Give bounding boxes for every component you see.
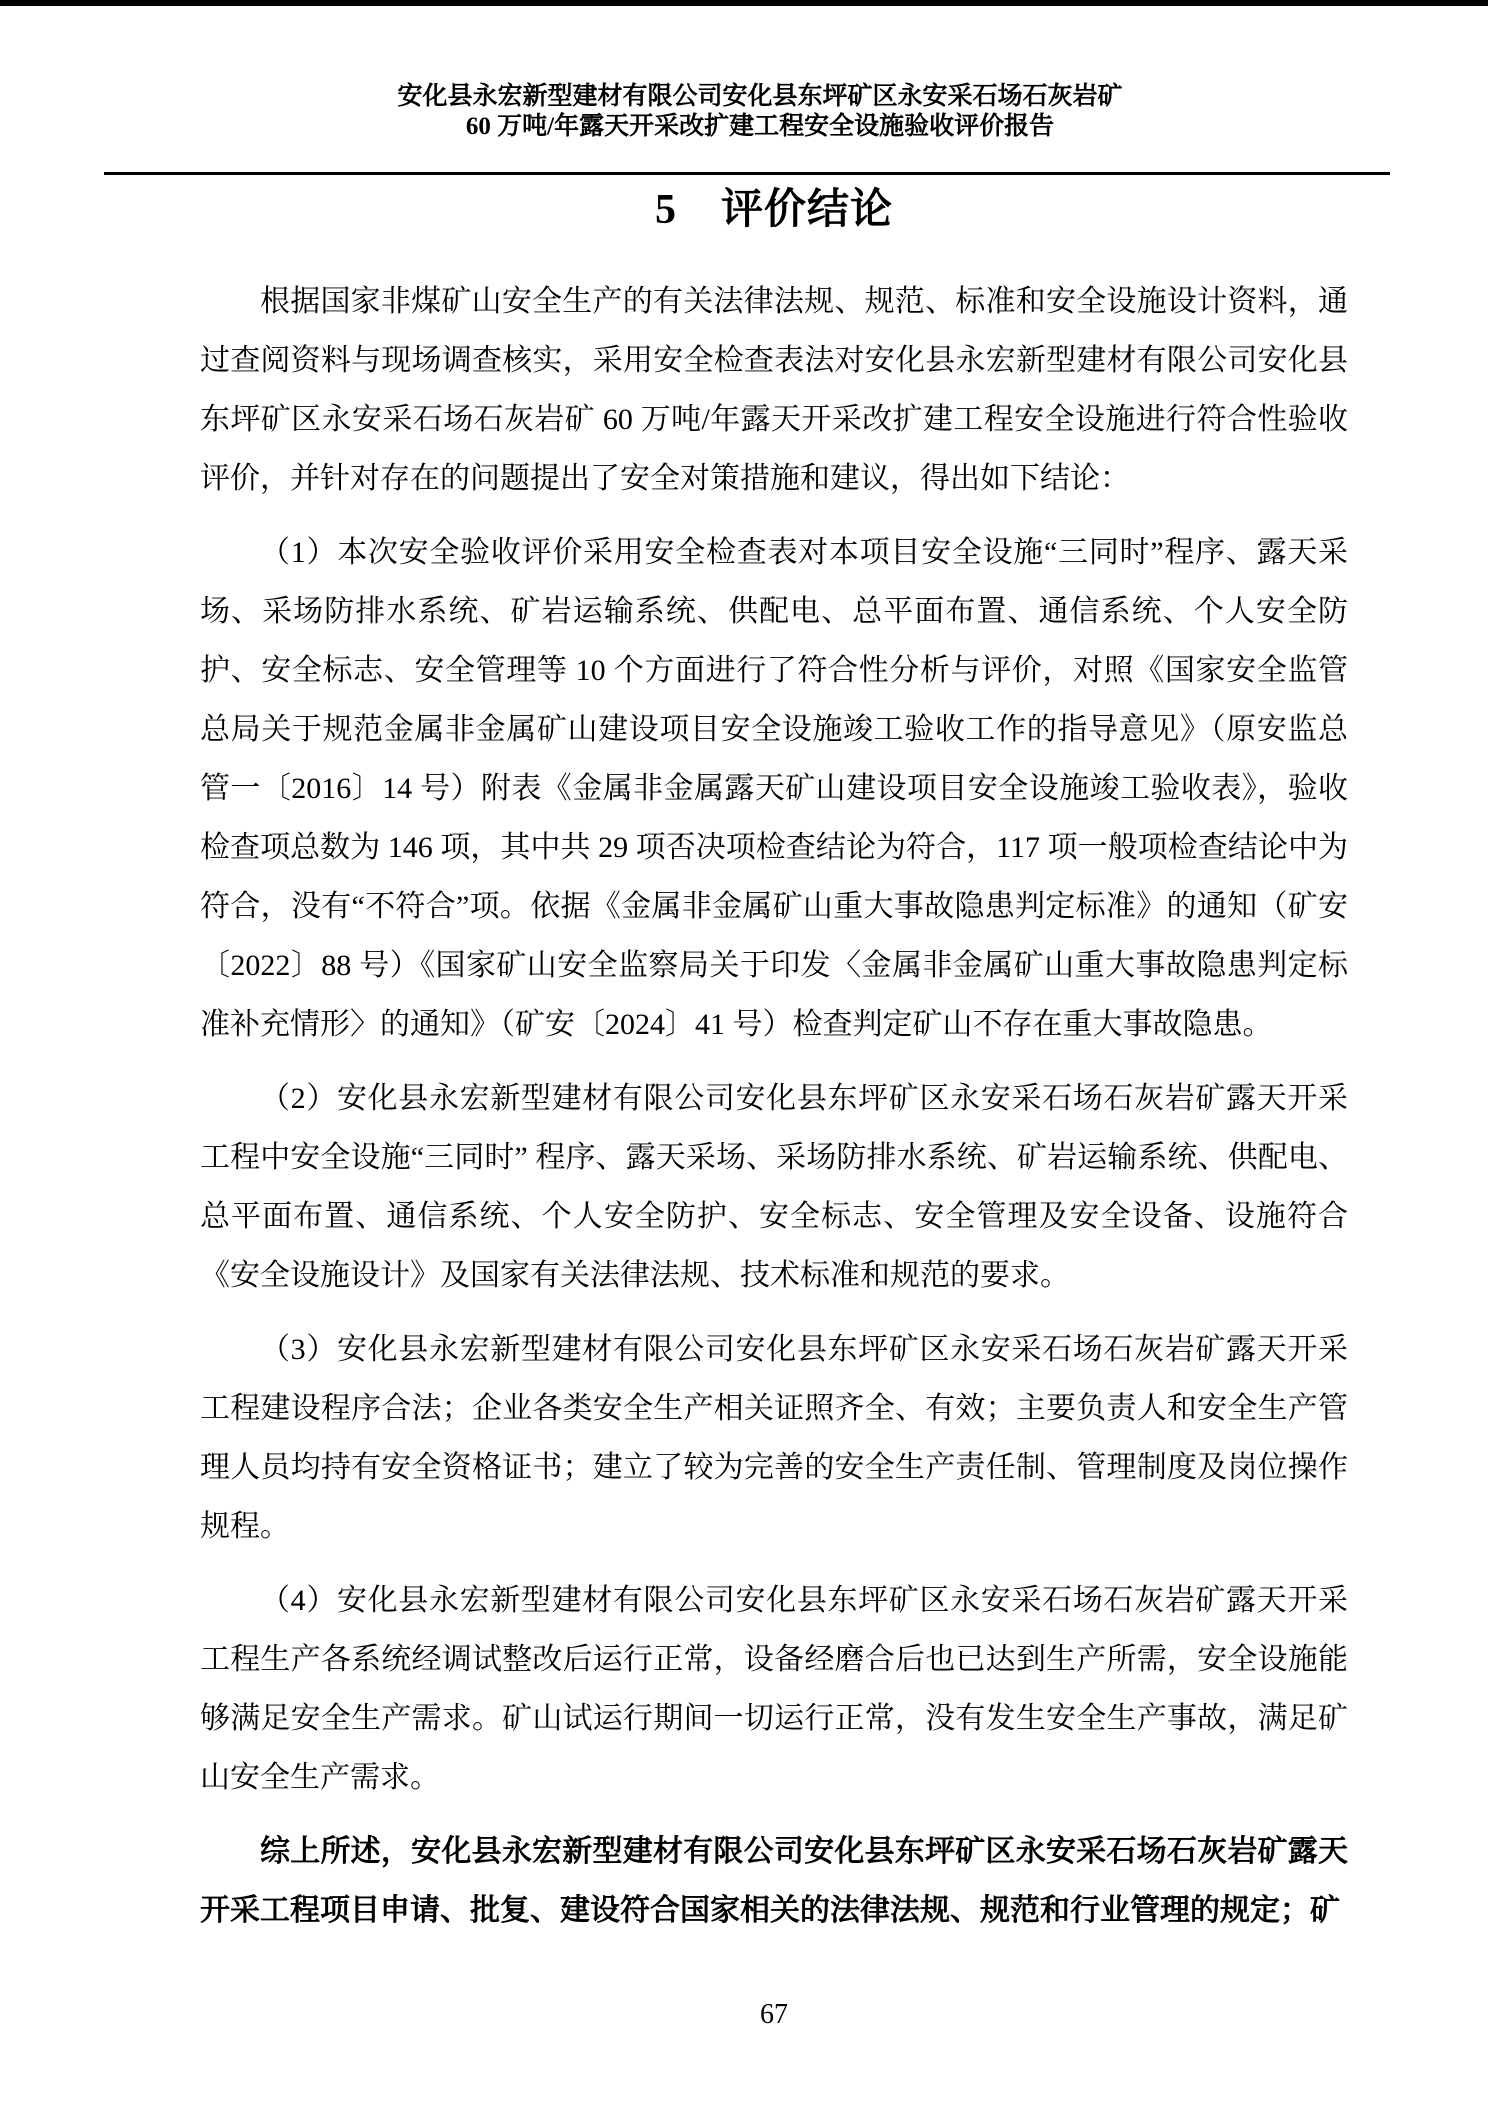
report-page: 安化县永宏新型建材有限公司安化县东坪矿区永安采石场石灰岩矿 60 万吨/年露天开… bbox=[0, 0, 1488, 2104]
running-header: 安化县永宏新型建材有限公司安化县东坪矿区永安采石场石灰岩矿 60 万吨/年露天开… bbox=[170, 82, 1350, 142]
page-footer: 67 bbox=[200, 1998, 1348, 2032]
header-divider-rule bbox=[104, 172, 1390, 175]
body-paragraph: （4）安化县永宏新型建材有限公司安化县东坪矿区永安采石场石灰岩矿露天开采工程生产… bbox=[200, 1571, 1348, 1807]
section-title: 5评价结论 bbox=[200, 184, 1348, 236]
section-number: 5 bbox=[655, 187, 677, 233]
document-body: 根据国家非煤矿山安全生产的有关法律法规、规范、标准和安全设施设计资料，通过查阅资… bbox=[200, 272, 1348, 1940]
page-number: 67 bbox=[760, 1999, 788, 2030]
body-paragraph: （3）安化县永宏新型建材有限公司安化县东坪矿区永安采石场石灰岩矿露天开采工程建设… bbox=[200, 1320, 1348, 1556]
running-header-line2: 60 万吨/年露天开采改扩建工程安全设施验收评价报告 bbox=[170, 112, 1350, 142]
page-top-border bbox=[0, 0, 1488, 6]
body-paragraph: 根据国家非煤矿山安全生产的有关法律法规、规范、标准和安全设施设计资料，通过查阅资… bbox=[200, 272, 1348, 508]
running-header-line1: 安化县永宏新型建材有限公司安化县东坪矿区永安采石场石灰岩矿 bbox=[170, 82, 1350, 112]
body-paragraph-summary: 综上所述，安化县永宏新型建材有限公司安化县东坪矿区永安采石场石灰岩矿露天开采工程… bbox=[200, 1822, 1348, 1940]
section-title-text: 评价结论 bbox=[721, 187, 893, 233]
body-paragraph: （2）安化县永宏新型建材有限公司安化县东坪矿区永安采石场石灰岩矿露天开采工程中安… bbox=[200, 1069, 1348, 1305]
body-paragraph: （1）本次安全验收评价采用安全检查表对本项目安全设施“三同时”程序、露天采场、采… bbox=[200, 523, 1348, 1054]
